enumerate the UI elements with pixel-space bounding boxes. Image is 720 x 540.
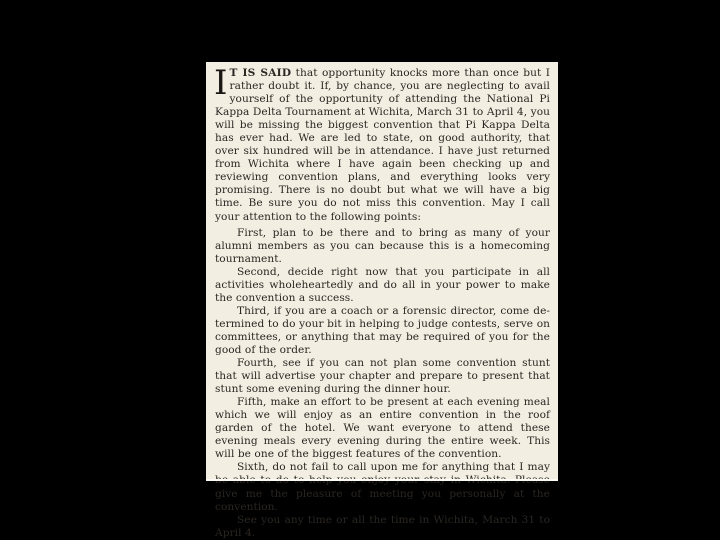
closing-paragraph: See you any time or all the time in Wich… bbox=[215, 514, 550, 540]
drop-cap: I bbox=[214, 69, 227, 95]
intro-text: that opportunity knocks more than once b… bbox=[215, 67, 550, 223]
scanned-page: IT IS SAID that opportunity knocks more … bbox=[206, 62, 558, 481]
point-sixth: Sixth, do not fail to call upon me for a… bbox=[215, 461, 550, 513]
lead-in-text: T IS SAID bbox=[229, 67, 291, 79]
point-third: Third, if you are a coach or a forensic … bbox=[215, 305, 550, 357]
point-fifth: Fifth, make an effort to be present at e… bbox=[215, 396, 550, 461]
page-edge bbox=[206, 479, 558, 481]
point-fourth: Fourth, see if you can not plan some con… bbox=[215, 357, 550, 396]
point-first: First, plan to be there and to bring as … bbox=[215, 227, 550, 266]
point-second: Second, decide right now that you partic… bbox=[215, 266, 550, 305]
intro-paragraph: IT IS SAID that opportunity knocks more … bbox=[215, 67, 550, 224]
